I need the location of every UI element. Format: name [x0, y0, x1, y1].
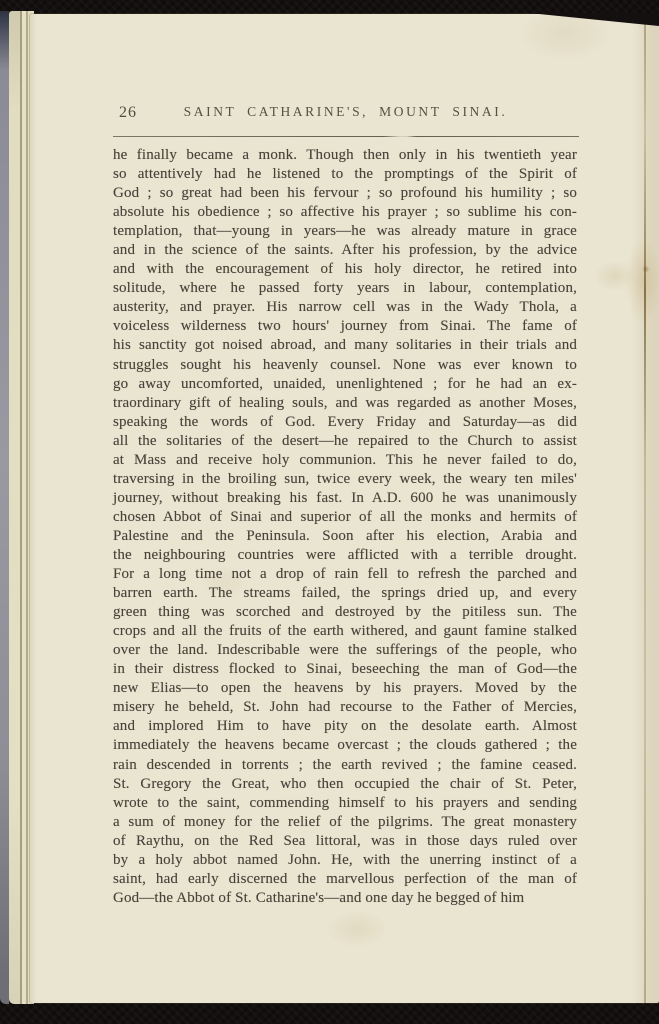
text-line: St. Gregory the Great, who then occupied…	[113, 775, 577, 794]
text-line: solitude, where he passed forty years in…	[113, 279, 577, 298]
text-line: a sum of money for the relief of the pil…	[113, 813, 577, 832]
text-line: God ; so great had been his fervour ; so…	[113, 184, 577, 203]
text-line: wrote to the saint, commending himself t…	[113, 794, 577, 813]
text-line: all the solitaries of the desert—he repa…	[113, 432, 577, 451]
backdrop-corner-shadow	[529, 13, 659, 26]
text-line: For a long time not a drop of rain fell …	[113, 565, 577, 584]
text-line: green thing was scorched and destroyed b…	[113, 603, 577, 622]
text-line: by a holy abbot named John. He, with the…	[113, 851, 577, 870]
text-line: chosen Abbot of Sinai and superior of al…	[113, 508, 577, 527]
text-line: barren earth. The streams failed, the sp…	[113, 584, 577, 603]
text-line: new Elias—to open the heavens by his pra…	[113, 679, 577, 698]
book-cover-edge	[0, 11, 9, 1004]
page-number: 26	[119, 104, 137, 122]
text-line: and implored Him to have pity on the des…	[113, 717, 577, 736]
book-photo: 26 SAINT CATHARINE'S, MOUNT SINAI. he fi…	[0, 0, 659, 1024]
book-page: 26 SAINT CATHARINE'S, MOUNT SINAI. he fi…	[30, 14, 659, 1003]
text-line: he finally became a monk. Though then on…	[113, 146, 577, 165]
page-edge-stack	[0, 11, 34, 1004]
text-line: Palestine and the Peninsula. Soon after …	[113, 527, 577, 546]
body-text: he finally became a monk. Though then on…	[113, 146, 577, 908]
running-title: SAINT CATHARINE'S, MOUNT SINAI.	[113, 104, 578, 120]
text-line: rain descended in torrents ; the earth r…	[113, 756, 577, 775]
text-line: so attentively had he listened to the pr…	[113, 165, 577, 184]
text-line: the neighbouring countries were afflicte…	[113, 546, 577, 565]
text-line: and with the encouragement of his holy d…	[113, 260, 577, 279]
text-line: immediately the heavens became overcast …	[113, 736, 577, 755]
page-header: 26 SAINT CATHARINE'S, MOUNT SINAI.	[113, 104, 578, 124]
text-line: of Raythu, on the Red Sea littoral, was …	[113, 832, 577, 851]
text-line: and in the science of the saints. After …	[113, 241, 577, 260]
text-line: at Mass and receive holy communion. This…	[113, 451, 577, 470]
text-line: misery he beheld, St. John had recourse …	[113, 698, 577, 717]
page-crease	[644, 14, 646, 1003]
text-line: in their distress flocked to Sinai, bese…	[113, 660, 577, 679]
header-rule	[113, 136, 579, 137]
text-line: journey, without breaking his fast. In A…	[113, 489, 577, 508]
text-line: voiceless wilderness two hours' journey …	[113, 317, 577, 336]
page-edge-strip	[9, 11, 20, 1004]
text-line: struggles sought his heavenly counsel. N…	[113, 356, 577, 375]
text-line: templation, that—young in years—he was a…	[113, 222, 577, 241]
text-line: go away uncomforted, unaided, unenlighte…	[113, 375, 577, 394]
text-line: his sanctity got noised abroad, and many…	[113, 336, 577, 355]
text-line: traversing in the broiling sun, twice ev…	[113, 470, 577, 489]
text-line: austerity, and prayer. His narrow cell w…	[113, 298, 577, 317]
text-line: God—the Abbot of St. Catharine's—and one…	[113, 889, 577, 908]
text-line: traordinary gift of healing souls, and w…	[113, 394, 577, 413]
text-line: speaking the words of God. Every Friday …	[113, 413, 577, 432]
text-line: crops and all the fruits of the earth wi…	[113, 622, 577, 641]
text-line: over the land. Indescribable were the su…	[113, 641, 577, 660]
text-line: saint, had early discerned the marvellou…	[113, 870, 577, 889]
text-line: absolute his obedience ; so affective hi…	[113, 203, 577, 222]
